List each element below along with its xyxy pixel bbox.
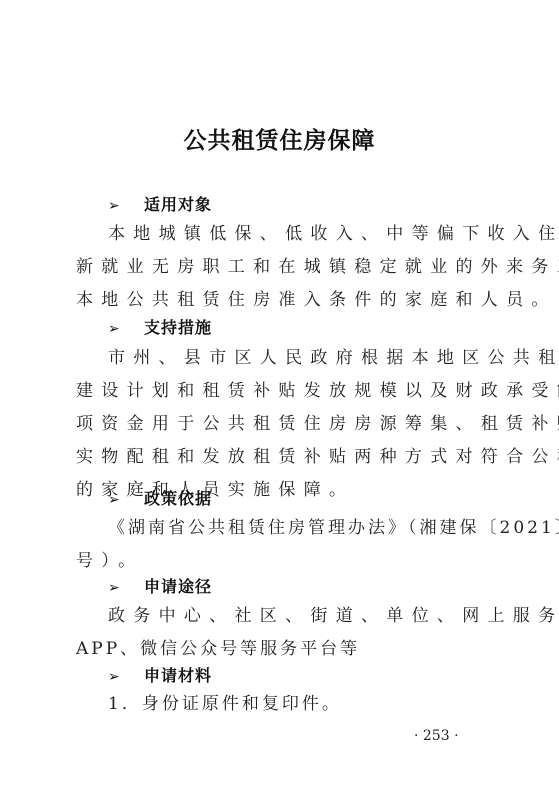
paragraph-line: 项资金用于公共租赁住房房源筹集、租赁补贴发放，通过 — [76, 414, 482, 434]
section-heading-application-channels: ➢申请途径 — [108, 574, 212, 597]
section-heading-text: 适用对象 — [144, 195, 212, 214]
arrow-bullet-icon: ➢ — [108, 669, 144, 685]
section-heading-text: 支持措施 — [144, 318, 212, 337]
paragraph-line: 本地公共租赁住房准入条件的家庭和人员。 — [76, 290, 482, 310]
paragraph-line: 号）。 — [76, 551, 482, 571]
section-heading-text: 政策依据 — [144, 489, 212, 508]
arrow-bullet-icon: ➢ — [108, 580, 144, 596]
paragraph-line: 《湖南省公共租赁住房管理办法》（湘建保〔2021〕188 — [108, 518, 482, 538]
paragraph-line: 本地城镇低保、低收入、中等偏下收入住房困难家庭， — [108, 224, 482, 244]
page-number: · 253 · — [414, 728, 459, 744]
arrow-bullet-icon: ➢ — [108, 198, 144, 214]
paragraph-line: 政务中心、社区、街道、单位、网上服务大厅、手机 — [108, 606, 482, 626]
section-heading-eligibility: ➢适用对象 — [108, 192, 212, 215]
section-heading-text: 申请材料 — [144, 666, 212, 685]
page-title: 公共租赁住房保障 — [0, 122, 559, 155]
paragraph-line: APP、微信公众号等服务平台等 — [76, 639, 482, 659]
section-heading-application-materials: ➢申请材料 — [108, 663, 212, 686]
paragraph-line: 实物配租和发放租赁补贴两种方式对符合公租房保障条件 — [76, 447, 482, 467]
arrow-bullet-icon: ➢ — [108, 492, 144, 508]
section-heading-policy-basis: ➢政策依据 — [108, 486, 212, 509]
section-heading-text: 申请途径 — [144, 577, 212, 596]
paragraph-line: 建设计划和租赁补贴发放规模以及财政承受能力，统筹各 — [76, 381, 482, 401]
section-heading-support: ➢支持措施 — [108, 315, 212, 338]
paragraph-line: 市州、县市区人民政府根据本地区公共租赁住房年度 — [108, 348, 482, 368]
paragraph-line: 1．身份证原件和复印件。 — [108, 694, 482, 714]
paragraph-line: 新就业无房职工和在城镇稳定就业的外来务工人员等符合 — [76, 257, 482, 277]
arrow-bullet-icon: ➢ — [108, 321, 144, 337]
